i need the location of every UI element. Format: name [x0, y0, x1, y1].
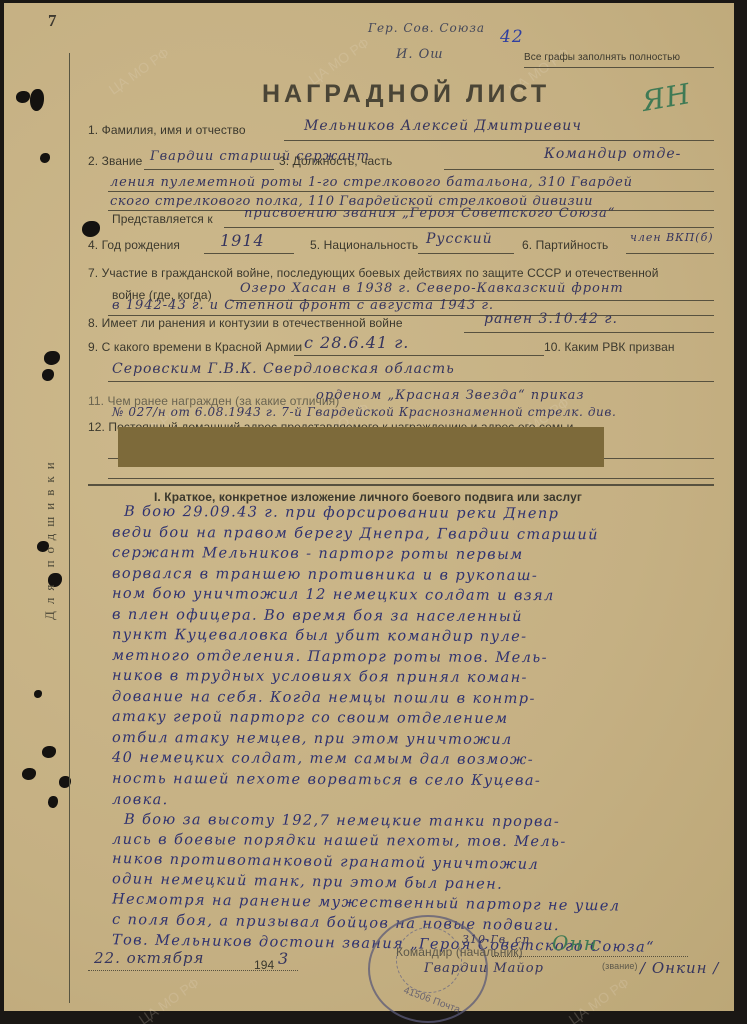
- field-value-party: член ВКП(б): [630, 231, 714, 244]
- feat-line: в плен офицера. Во время боя за населенн…: [112, 606, 523, 624]
- feat-line: отбил атаку немцев, при этом уничтожил: [112, 729, 513, 747]
- redacted-address: [118, 427, 604, 467]
- field-label-wounds: 8. Имеет ли ранения и контузии в отечест…: [88, 316, 403, 330]
- field-value-position-1: Командир отде-: [544, 146, 681, 162]
- field-value-birth-year: 1914: [220, 231, 265, 250]
- field-label-rank: 2. Звание: [88, 154, 142, 168]
- fill-line: [144, 169, 274, 170]
- award-sheet-page: ЦА МО РФ ЦА МО РФ ЦА МО РФ ЦА МО РФ ЦА М…: [4, 3, 734, 1011]
- feat-line: ников противотанковой гранатой уничтожил: [112, 851, 539, 873]
- date-year-suffix: 3: [278, 949, 289, 968]
- field-label-party: 6. Партийность: [522, 238, 608, 252]
- feat-line: веди бои на правом берегу Днепра, Гварди…: [112, 524, 599, 543]
- binding-hole: [40, 153, 50, 163]
- field-label-prior-combat: 7. Участие в гражданской войне, последую…: [88, 266, 659, 280]
- top-annotation: Гер. Сов. Союза: [368, 21, 485, 35]
- fill-line: [108, 191, 714, 192]
- document-title: НАГРАДНОЙ ЛИСТ: [262, 80, 550, 109]
- field-label-conscription: 10. Каким РВК призван: [544, 340, 675, 354]
- binding-hole: [48, 796, 58, 808]
- rank-label: (звание): [602, 961, 638, 971]
- section-divider: [88, 484, 714, 486]
- commander-rank: Гвардии Майор: [424, 961, 544, 976]
- binding-hole: [82, 221, 100, 237]
- field-label-position: 3. Должность, часть: [279, 154, 392, 168]
- fill-line: [224, 227, 714, 228]
- watermark: ЦА МО РФ: [136, 974, 202, 1024]
- feat-line: дование на себя. Когда немцы пошли в кон…: [112, 688, 536, 706]
- presented-label: Представляется к: [112, 212, 213, 226]
- feat-line: метного отделения. Парторг роты тов. Мел…: [112, 647, 548, 665]
- field-value-prior-combat-2: в 1942-43 г. и Степной фронт с августа 1…: [112, 298, 494, 313]
- fill-line: [444, 169, 714, 170]
- feat-line: один немецкий танк, при этом был ранен.: [112, 871, 503, 892]
- field-value-army-since: с 28.6.41 г.: [304, 333, 409, 352]
- fill-line: [418, 253, 514, 254]
- divider: [524, 67, 714, 68]
- field-value-prior-combat-1: Озеро Хасан в 1938 г. Северо-Кавказский …: [240, 281, 624, 296]
- feat-line: 40 немецких солдат, тем самым дал возмож…: [112, 750, 534, 768]
- field-value-conscription: Серовским Г.В.К. Свердловская область: [112, 361, 455, 377]
- page-number: 7: [48, 11, 57, 31]
- field-value-full-name: Мельников Алексей Дмитриевич: [304, 118, 582, 134]
- fill-line: [108, 478, 714, 479]
- date-day-month: 22. октября: [94, 949, 204, 967]
- margin-line: [69, 53, 70, 1003]
- commander-name: / Онкин /: [640, 959, 719, 977]
- commander-signature: Онн: [552, 931, 598, 955]
- top-number: 42: [500, 27, 524, 47]
- binding-hole: [34, 690, 42, 698]
- fill-line: [204, 253, 294, 254]
- field-value-prior-awards-1: орденом „Красная Звезда“ приказ: [316, 388, 584, 403]
- field-label-army-since: 9. С какого времени в Красной Армии: [88, 340, 302, 354]
- fill-line: [284, 140, 714, 141]
- field-value-wounds: ранен 3.10.42 г.: [484, 311, 618, 327]
- presented-value: присвоению звания „Героя Советского Союз…: [244, 206, 615, 221]
- side-binding-text: Для подшивки: [42, 283, 58, 793]
- binding-hole: [22, 768, 36, 780]
- binding-hole: [30, 89, 44, 111]
- feat-line: В бою за высоту 192,7 немецкие танки про…: [124, 811, 560, 829]
- feat-heading: I. Краткое, конкретное изложение личного…: [154, 490, 582, 504]
- fill-line: [464, 332, 714, 333]
- feat-line: ворвался в траншею противника и в рукопа…: [112, 565, 538, 583]
- watermark: ЦА МО РФ: [106, 44, 172, 97]
- feat-line: ловка.: [112, 792, 169, 808]
- binding-hole: [16, 91, 30, 103]
- fill-instruction: Все графы заполнять полностью: [524, 52, 680, 63]
- fill-line: [294, 355, 544, 356]
- feat-line: ном бою уничтожил 12 немецких солдат и в…: [112, 586, 555, 604]
- field-value-position-2: ления пулеметной роты 1-го стрелкового б…: [110, 175, 633, 190]
- feat-line: атаку герой парторг со своим отделением: [112, 709, 509, 727]
- field-value-prior-awards-2: № 027/н от 6.08.1943 г. 7-й Гвардейской …: [112, 405, 616, 419]
- field-label-full-name: 1. Фамилия, имя и отчество: [88, 123, 246, 137]
- field-value-nationality: Русский: [426, 231, 493, 247]
- corner-mark: ЯН: [640, 77, 694, 118]
- feat-line: сержант Мельников - парторг роты первым: [112, 545, 524, 563]
- feat-line: В бою 29.09.43 г. при форсировании реки …: [124, 504, 559, 522]
- fill-line: [88, 970, 298, 971]
- field-label-birth-year: 4. Год рождения: [88, 238, 180, 252]
- field-label-nationality: 5. Национальность: [310, 238, 418, 252]
- fill-line: [626, 253, 714, 254]
- commander-unit: 310 Гв. сп: [462, 933, 530, 946]
- feat-line: Несмотря на ранение мужественный парторг…: [112, 891, 621, 914]
- fill-line: [492, 956, 688, 957]
- watermark: ЦА МО РФ: [566, 974, 632, 1024]
- top-signature: И. Ош: [396, 47, 444, 62]
- feat-line: лись в боевые порядки нашей пехоты, тов.…: [112, 832, 567, 850]
- feat-line: пункт Куцеваловка был убит командир пуле…: [112, 627, 527, 645]
- feat-line: ность нашей пехоте ворваться в село Куце…: [112, 770, 541, 788]
- feat-line: ников в трудных условиях боя принял кома…: [112, 668, 528, 686]
- fill-line: [108, 381, 714, 382]
- feat-line: с поля боя, а призывал бойцов на новые п…: [112, 912, 560, 934]
